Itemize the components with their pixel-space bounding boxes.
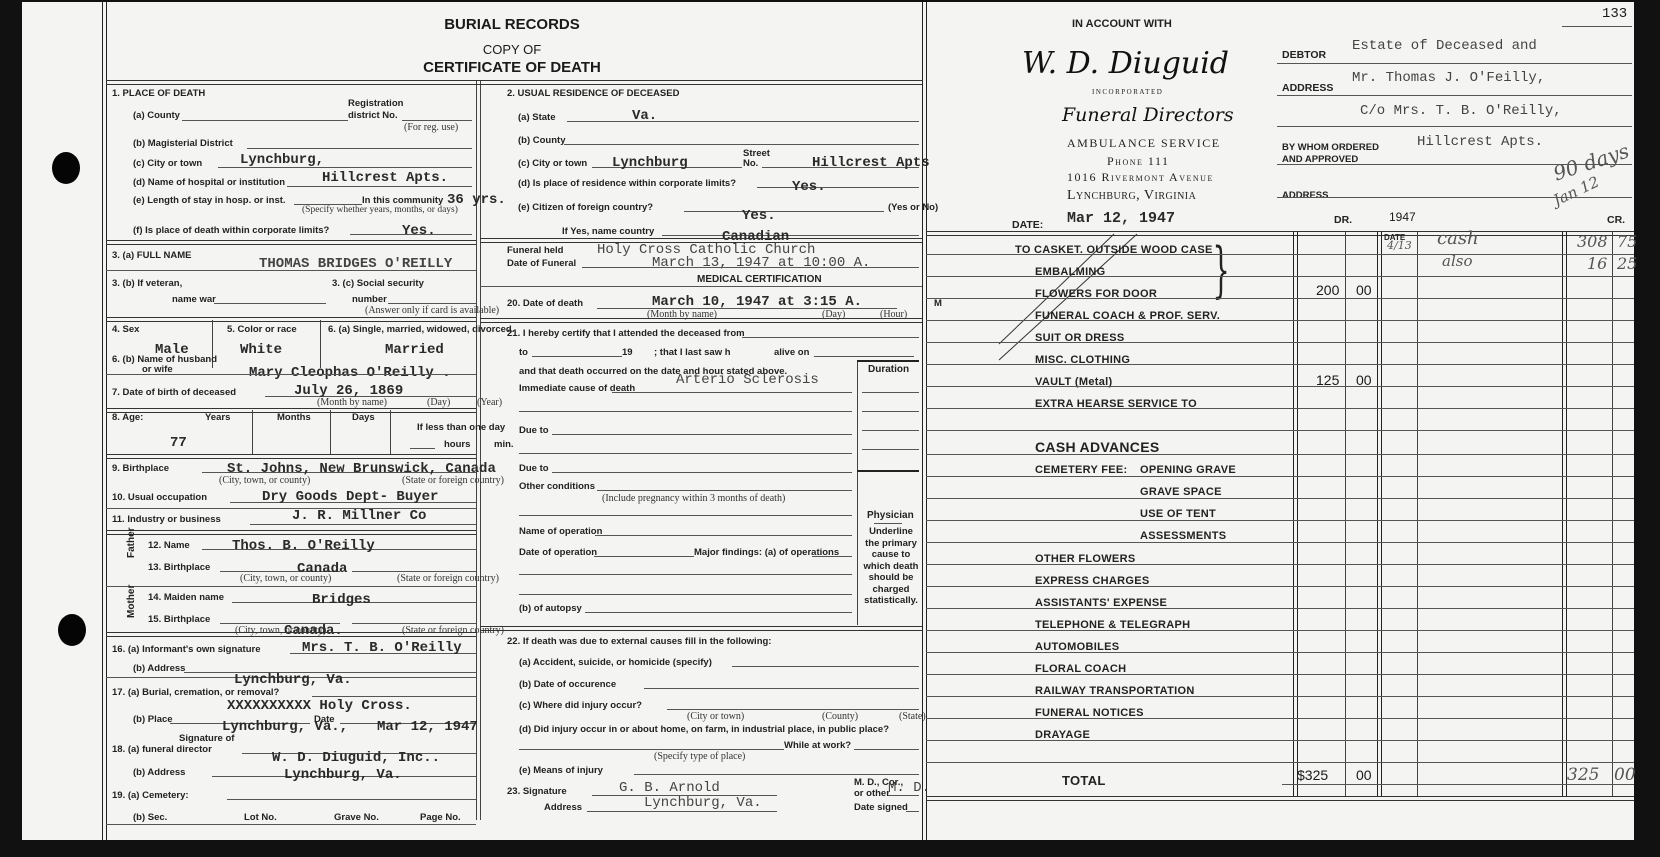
- debtor-address-line2: C/o Mrs. T. B. O'Reilly,: [1360, 103, 1562, 119]
- director-address-value: Lynchburg, Va.: [284, 767, 402, 783]
- burial-place-value: Lynchburg, Va.,: [222, 719, 348, 735]
- funeral-directors-title: Funeral Directors: [1062, 104, 1234, 126]
- industry-value: J. R. Millner Co: [292, 508, 426, 524]
- in-account-with: IN ACCOUNT WITH: [1072, 18, 1172, 30]
- residence-city-value: Lynchburg: [612, 155, 688, 171]
- binder-hole-bottom: [58, 614, 86, 646]
- medical-cert-title: MEDICAL CERTIFICATION: [697, 274, 822, 285]
- page-number: 133: [1602, 6, 1627, 22]
- account-date-value: Mar 12, 1947: [1067, 210, 1175, 227]
- column-divider: [476, 80, 477, 820]
- residence-state-value: Va.: [632, 108, 657, 124]
- residence-street-value: Hillcrest Apts: [812, 155, 930, 171]
- duration-label: Duration: [868, 364, 909, 375]
- informant-address-value: Lynchburg, Va.: [234, 672, 352, 688]
- ledger-item: ASSESSMENTS: [1140, 530, 1226, 542]
- duration-column-divider: [857, 360, 858, 625]
- header-certificate-of-death: CERTIFICATE OF DEATH: [322, 59, 702, 76]
- header-copy-of: COPY OF: [322, 42, 702, 57]
- informant-value: Mrs. T. B. O'Reilly: [302, 640, 462, 656]
- ledger-item: GRAVE SPACE: [1140, 486, 1222, 498]
- physician-signature-value: G. B. Arnold: [619, 780, 720, 796]
- header-burial-records: BURIAL RECORDS: [322, 16, 702, 33]
- spouse-value: Mary Cleophas O'Reilly .: [249, 365, 451, 381]
- physician-address-value: Lynchburg, Va.: [644, 795, 762, 811]
- immediate-cause-value: Arterio Sclerosis: [676, 372, 819, 388]
- burial-date-value: Mar 12, 1947: [377, 719, 478, 735]
- md-value: M. D.: [888, 780, 930, 796]
- binder-hole-top: [52, 152, 80, 184]
- place-of-death-title: 1. PLACE OF DEATH: [112, 88, 205, 99]
- mother-maiden-value: Bridges: [312, 592, 371, 608]
- debtor-address-line1: Mr. Thomas J. O'Feilly,: [1352, 70, 1545, 86]
- foreign-citizen-value: Yes.: [742, 208, 776, 224]
- ledger-item: OPENING GRAVE: [1140, 464, 1236, 476]
- father-side-label: Father: [126, 527, 137, 558]
- marital-value: Married: [385, 342, 444, 358]
- residence-title: 2. USUAL RESIDENCE OF DECEASED: [507, 88, 679, 99]
- residence-corporate-value: Yes.: [792, 179, 826, 195]
- occupation-value: Dry Goods Dept- Buyer: [262, 489, 438, 505]
- age-years-value: 77: [170, 435, 187, 451]
- burial-value: XXXXXXXXXX Holy Cross.: [227, 698, 412, 714]
- margin-rule: [102, 2, 107, 840]
- company-name-logo: W. D. Diuguid: [1022, 46, 1229, 81]
- document-page: BURIAL RECORDS COPY OF CERTIFICATE OF DE…: [22, 2, 1634, 840]
- total-cr-value: 325: [1567, 765, 1599, 785]
- physician-title: Physician: [867, 510, 914, 521]
- debtor-value: Estate of Deceased and: [1352, 38, 1537, 54]
- funeral-date-value: March 13, 1947 at 10:00 A.: [652, 255, 870, 271]
- place-city-value: Lynchburg,: [240, 152, 324, 168]
- brace-icon: }: [1213, 240, 1230, 300]
- county-field: [182, 120, 348, 121]
- corporate-limits-value: Yes.: [402, 223, 436, 239]
- cash-advances-heading: CASH ADVANCES: [1035, 439, 1159, 455]
- ordered-by-value: Hillcrest Apts.: [1417, 134, 1543, 150]
- father-name-value: Thos. B. O'Reilly: [232, 538, 375, 554]
- director-value: W. D. Diuguid, Inc..: [272, 750, 440, 766]
- ledger-col-dr: [1293, 232, 1298, 797]
- ledger-item: USE OF TENT: [1140, 508, 1216, 520]
- race-value: White: [240, 342, 282, 358]
- total-label: TOTAL: [1062, 773, 1106, 788]
- physician-note: Underline the primary cause to which dea…: [860, 526, 922, 607]
- death-date-value: March 10, 1947 at 3:15 A.: [652, 294, 862, 310]
- hospital-value: Hillcrest Apts.: [322, 170, 448, 186]
- ledger-year: 1947: [1389, 210, 1416, 224]
- mother-side-label: Mother: [126, 585, 137, 618]
- payment-date: 4/13: [1387, 239, 1412, 252]
- total-dr-value: $325: [1297, 767, 1328, 783]
